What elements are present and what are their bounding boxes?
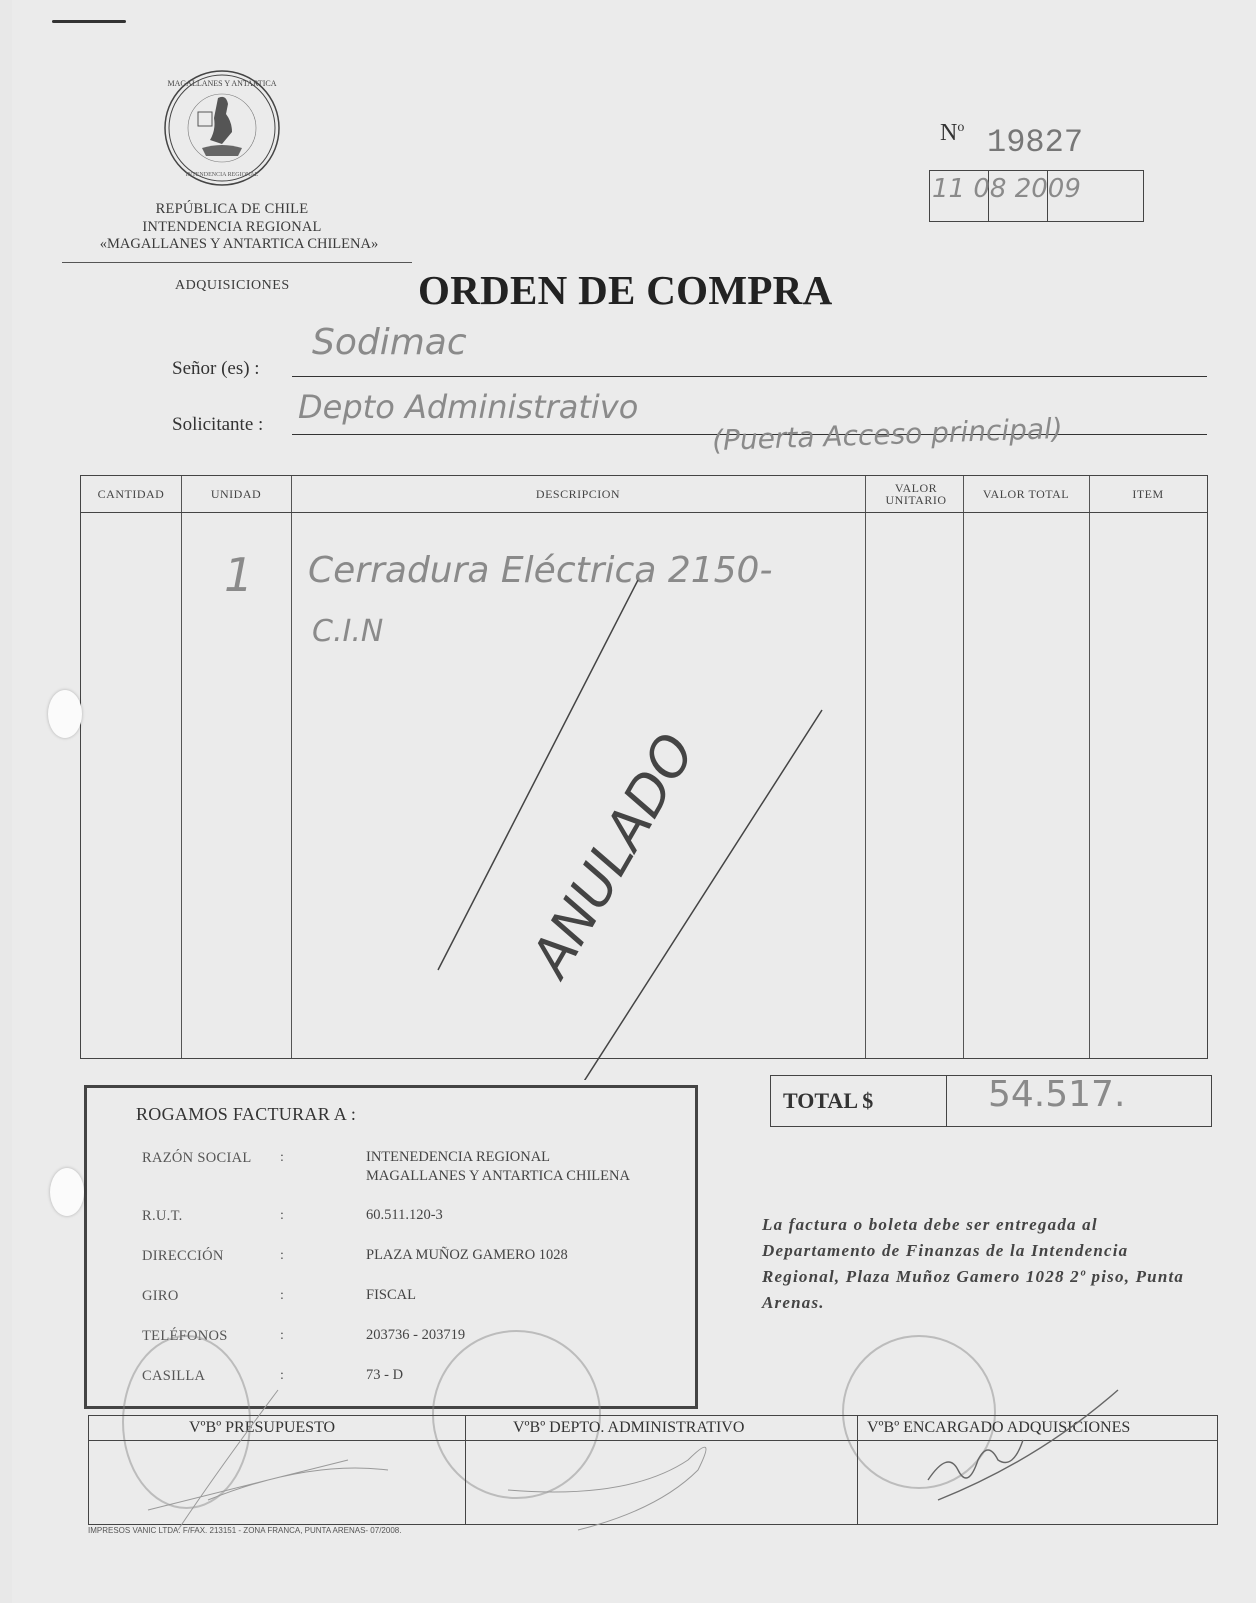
header-divider: [62, 262, 412, 263]
solicitante-note: (Puerta Acceso principal): [712, 412, 1064, 457]
invoice-delivery-note: La factura o boleta debe ser entregada a…: [762, 1212, 1202, 1316]
billing-value-rut: 60.511.120-3: [366, 1206, 443, 1225]
senor-label: Señor (es) :: [172, 358, 260, 380]
number-label-text: N: [940, 120, 957, 146]
th-valor-total: VALOR TOTAL: [971, 476, 1081, 512]
regional-seal-icon: MAGALLANES Y ANTARTICA INTENDENCIA REGIO…: [162, 68, 282, 188]
row-unidad-value: 1: [224, 548, 253, 602]
razon-social-line1: INTENEDENCIA REGIONAL: [366, 1148, 630, 1167]
staple-mark: [52, 20, 126, 23]
solicitante-label: Solicitante :: [172, 414, 263, 436]
col-valor-unitario: [865, 476, 964, 1058]
billing-label-giro: GIRO: [142, 1288, 179, 1305]
punch-hole: [50, 1168, 84, 1216]
billing-colon: :: [280, 1328, 284, 1344]
col-cantidad: [81, 476, 182, 1058]
billing-label-razon-social: RAZÓN SOCIAL: [142, 1150, 252, 1167]
org-line-2: INTENDENCIA REGIONAL: [132, 218, 332, 236]
void-strike-lines-icon: ANULADO: [432, 560, 852, 1080]
razon-social-line2: MAGALLANES Y ANTARTICA CHILENA: [366, 1167, 630, 1186]
org-header: REPÚBLICA DE CHILE INTENDENCIA REGIONAL: [132, 200, 332, 236]
total-value: 54.517.: [988, 1074, 1125, 1115]
col-valor-total: [963, 476, 1090, 1058]
row-description-line2: C.I.N: [312, 614, 383, 649]
senor-value: Sodimac: [312, 322, 467, 363]
solicitante-value: Depto Administrativo: [298, 388, 638, 426]
date-handwritten: 11 08 2009: [932, 174, 1081, 204]
table-header-row: CANTIDAD UNIDAD DESCRIPCION VALOR UNITAR…: [81, 476, 1207, 513]
billing-colon: :: [280, 1208, 284, 1224]
billing-title: ROGAMOS FACTURAR A :: [136, 1104, 356, 1125]
org-line-3: «MAGALLANES Y ANTARTICA CHILENA»: [74, 236, 404, 253]
th-unidad: UNIDAD: [181, 476, 291, 512]
svg-text:INTENDENCIA REGIONAL: INTENDENCIA REGIONAL: [186, 172, 259, 178]
total-label: TOTAL $: [771, 1076, 947, 1126]
billing-value-razon-social: INTENEDENCIA REGIONAL MAGALLANES Y ANTAR…: [366, 1148, 630, 1186]
billing-value-telefonos: 203736 - 203719: [366, 1326, 465, 1345]
billing-label-rut: R.U.T.: [142, 1208, 183, 1225]
printer-imprint: IMPRESOS VANIC LTDA. F/FAX. 213151 - ZON…: [88, 1526, 401, 1535]
punch-hole: [48, 690, 82, 738]
senor-field-line[interactable]: [292, 376, 1207, 377]
th-cantidad: CANTIDAD: [81, 476, 181, 512]
th-item: ITEM: [1089, 476, 1207, 512]
department-label: ADQUISICIONES: [175, 278, 290, 294]
billing-value-giro: FISCAL: [366, 1286, 416, 1305]
billing-value-direccion: PLAZA MUÑOZ GAMERO 1028: [366, 1246, 568, 1265]
order-number-label: No: [940, 120, 964, 147]
billing-colon: :: [280, 1150, 284, 1166]
billing-label-direccion: DIRECCIÓN: [142, 1248, 224, 1265]
billing-colon: :: [280, 1288, 284, 1304]
billing-colon: :: [280, 1248, 284, 1264]
org-line-1: REPÚBLICA DE CHILE: [132, 200, 332, 218]
th-descripcion: DESCRIPCION: [291, 476, 865, 512]
th-valor-unitario: VALOR UNITARIO: [871, 476, 961, 512]
number-label-sup: o: [957, 120, 964, 135]
document-title: ORDEN DE COMPRA: [418, 266, 832, 314]
order-number: 19827: [987, 124, 1083, 161]
signature-strokes-icon: [88, 1380, 1216, 1540]
purchase-order-page: MAGALLANES Y ANTARTICA INTENDENCIA REGIO…: [12, 0, 1256, 1603]
void-mark-text: ANULADO: [517, 723, 707, 989]
svg-text:MAGALLANES Y ANTARTICA: MAGALLANES Y ANTARTICA: [168, 79, 277, 88]
